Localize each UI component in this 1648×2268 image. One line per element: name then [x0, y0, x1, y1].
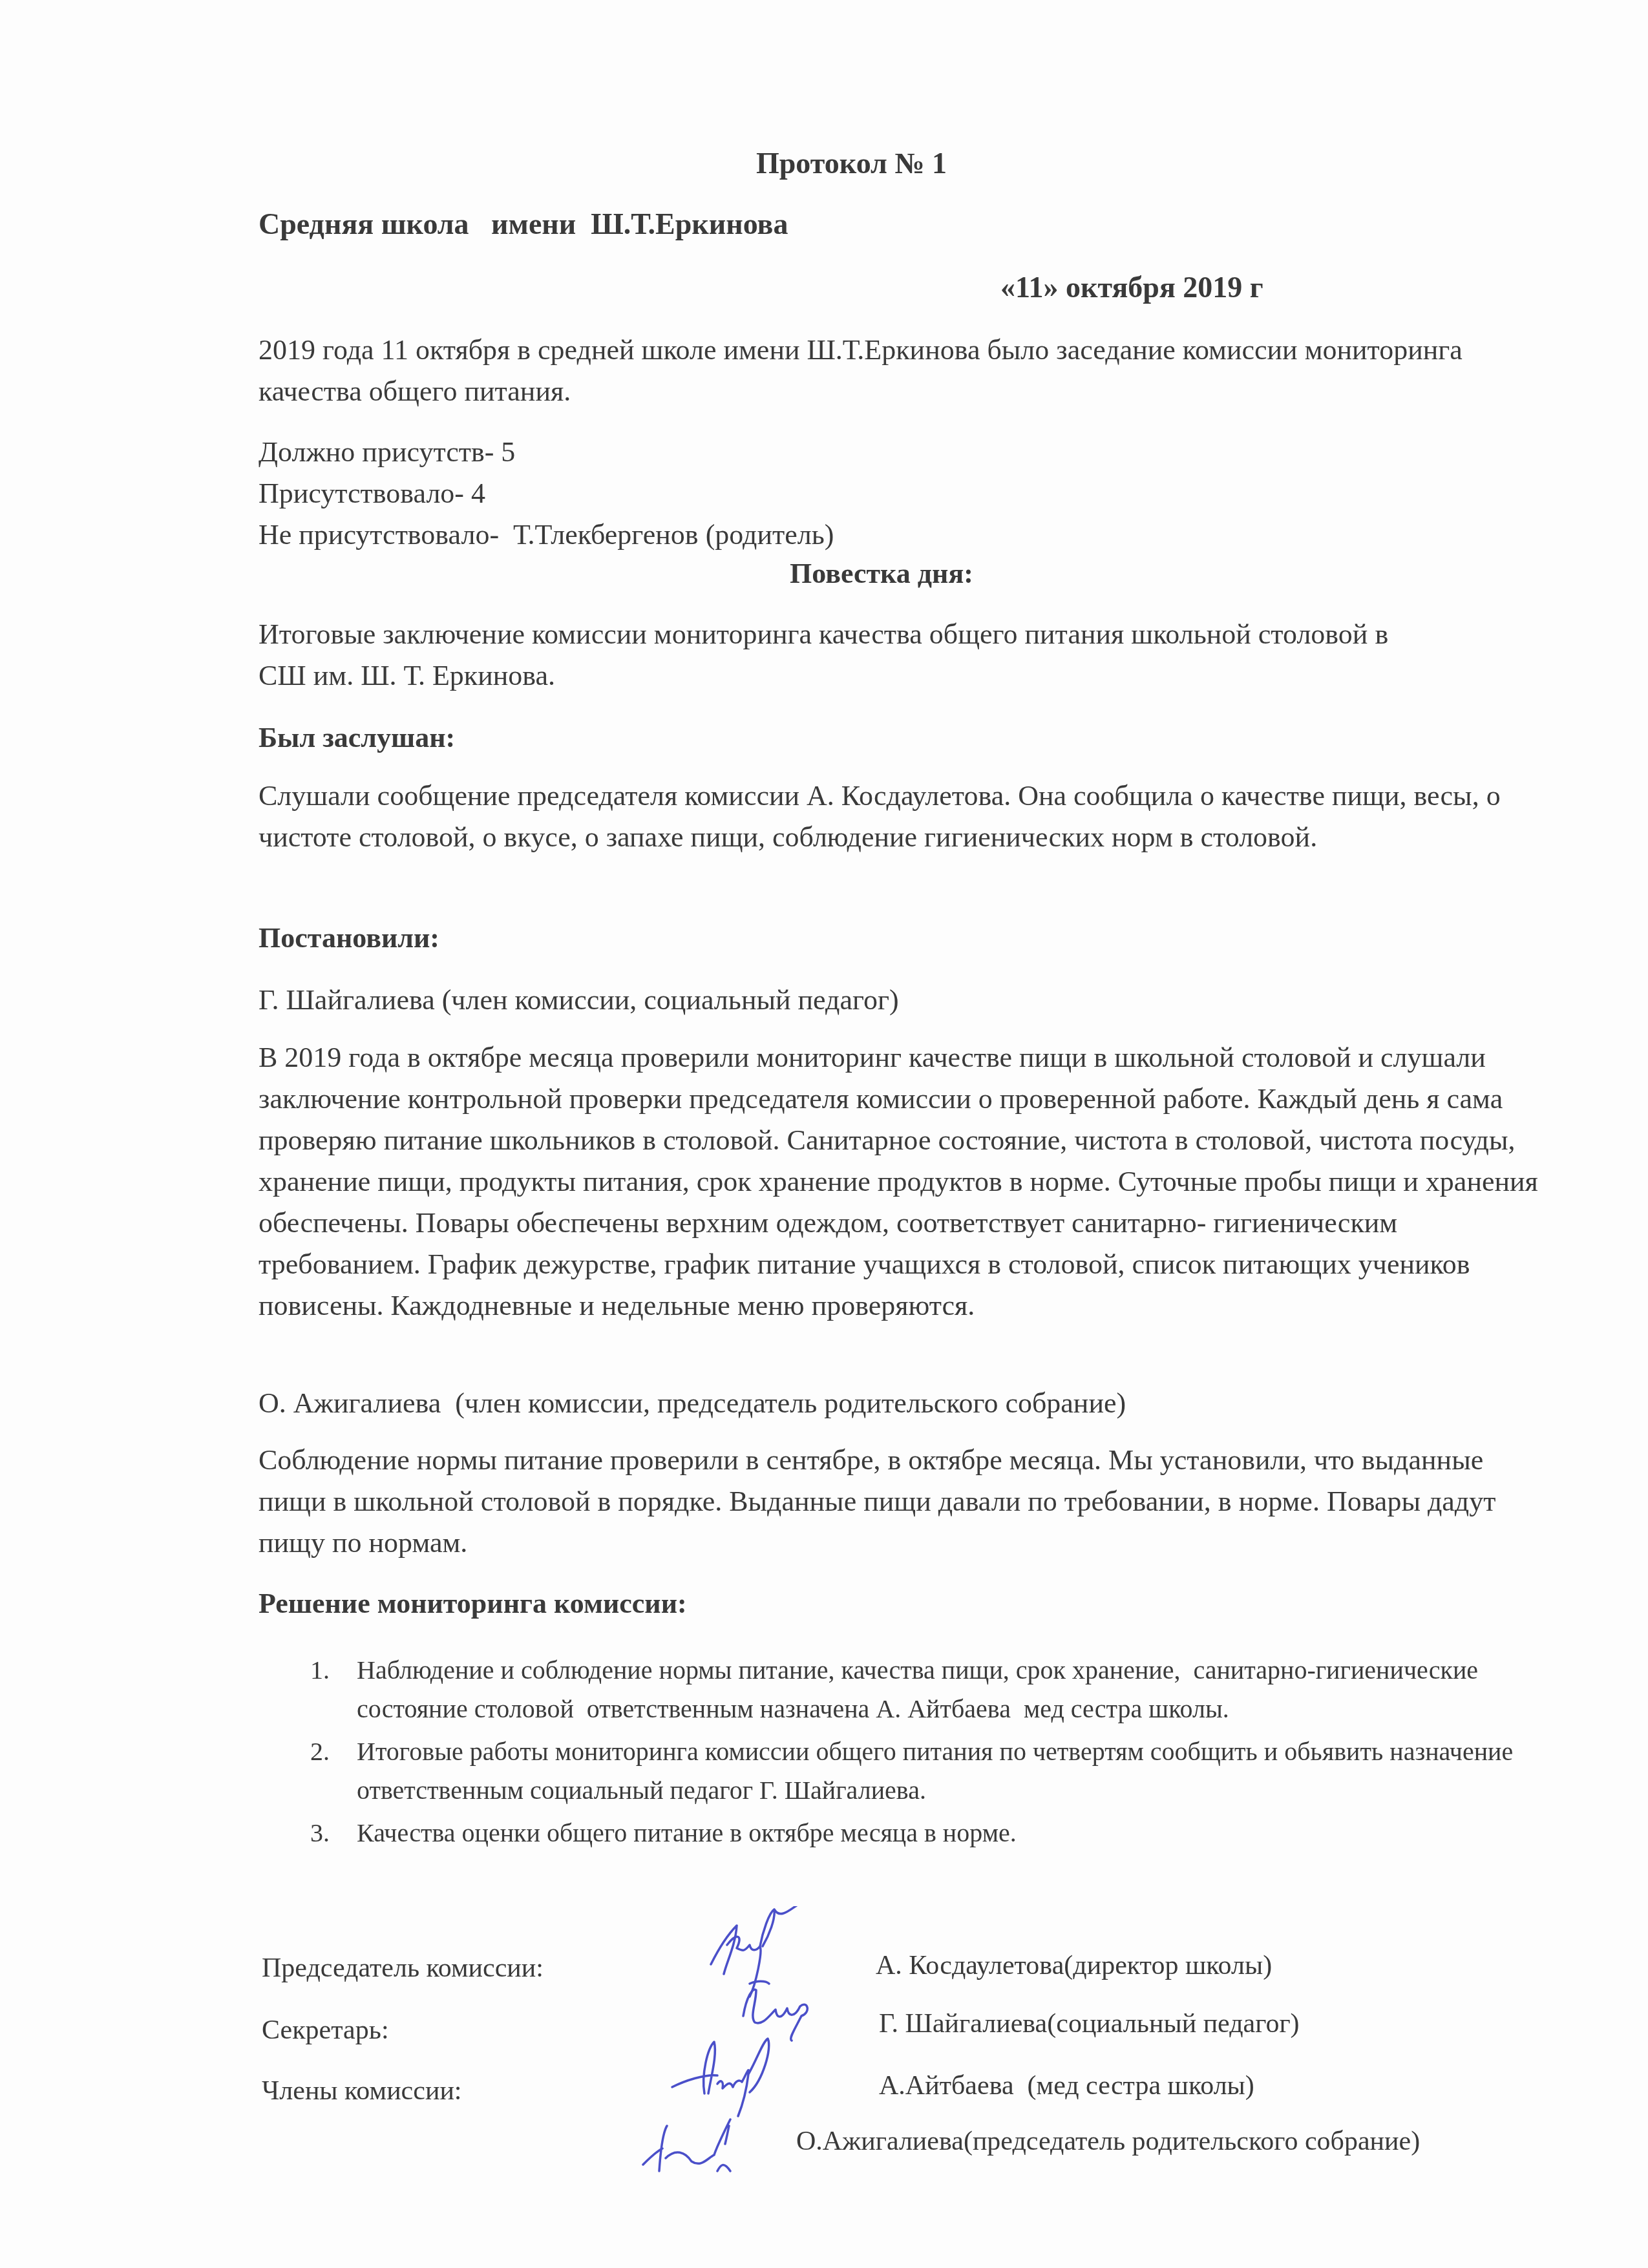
secretary-name: Г. Шайгалиева(социальный педагог)	[879, 2008, 1300, 2039]
heard-text: Слушали сообщение председателя комиссии …	[259, 775, 1538, 858]
decision-item-number: 1.	[310, 1651, 330, 1690]
chair-name: А. Косдаулетова(директор школы)	[876, 1950, 1272, 1981]
member2-signature-icon	[640, 2113, 756, 2178]
document-date: «11» октября 2019 г	[1000, 270, 1263, 304]
member1-name: А.Айтбаева (мед сестра школы)	[879, 2070, 1254, 2101]
document-title: Протокол № 1	[756, 146, 947, 180]
secretary-label: Секретарь:	[262, 2015, 389, 2046]
decision-item-text: Наблюдение и соблюдение нормы питание, к…	[357, 1655, 1484, 1723]
intro-paragraph: 2019 года 11 октября в средней школе име…	[259, 330, 1486, 412]
decision-list: 1. Наблюдение и соблюдение нормы питание…	[310, 1651, 1538, 1858]
attendance-expected: Должно присутств- 5	[259, 432, 515, 473]
decision-heading: Решение мониторинга комиссии:	[259, 1583, 687, 1624]
speaker-name-1: Г. Шайгалиева (член комиссии, социальный…	[259, 980, 899, 1021]
resolved-heading: Постановили:	[259, 918, 439, 959]
decision-item-text: Качества оценки общего питание в октябре…	[357, 1818, 1017, 1847]
agenda-text: Итоговые заключение комиссии мониторинга…	[259, 614, 1435, 697]
decision-item: 1. Наблюдение и соблюдение нормы питание…	[310, 1651, 1538, 1728]
school-name: Средняя школа имени Ш.Т.Еркинова	[259, 207, 788, 241]
decision-item: 3. Качества оценки общего питание в октя…	[310, 1814, 1538, 1853]
chair-label: Председатель комиссии:	[262, 1953, 544, 1984]
scanned-page: Протокол № 1 Средняя школа имени Ш.Т.Ерк…	[0, 0, 1648, 2268]
member1-signature-icon	[666, 2029, 782, 2119]
decision-item-text: Итоговые работы мониторинга комиссии общ…	[357, 1737, 1513, 1805]
decision-item-number: 2.	[310, 1732, 330, 1771]
decision-item: 2. Итоговые работы мониторинга комиссии …	[310, 1732, 1538, 1810]
members-label: Члены комиссии:	[262, 2075, 462, 2106]
agenda-heading: Повестка дня:	[790, 553, 973, 594]
speaker-name-2: О. Ажигалиева (член комиссии, председате…	[259, 1383, 1126, 1424]
speaker-text-2: Соблюдение нормы питание проверили в сен…	[259, 1440, 1558, 1564]
attendance-absent: Не присутствовало- Т.Тлекбергенов (родит…	[259, 514, 834, 556]
speaker-text-1: В 2019 года в октябре месяца проверили м…	[259, 1037, 1551, 1327]
attendance-present: Присутствовало- 4	[259, 473, 485, 514]
member2-name: О.Ажигалиева(председатель родительского …	[796, 2126, 1420, 2157]
heard-heading: Был заслушан:	[259, 717, 455, 759]
decision-item-number: 3.	[310, 1814, 330, 1853]
